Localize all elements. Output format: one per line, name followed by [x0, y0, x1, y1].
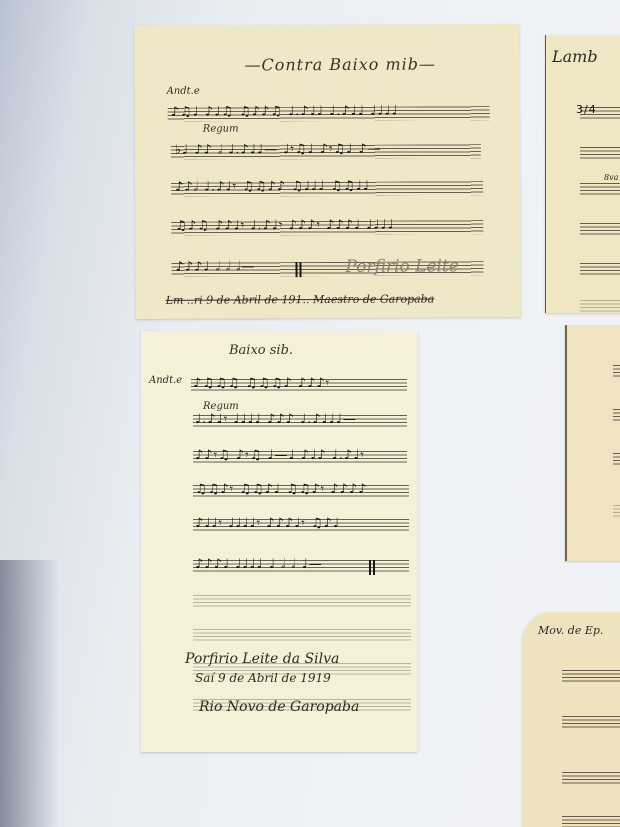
- notes-row: ♩.♪♩𝄾 ♩♩♩♩ ♪♪♪ ♩.♪♩♩♩—: [195, 413, 357, 427]
- music-staff: [613, 409, 620, 423]
- music-staff: [613, 365, 620, 379]
- music-staff: [562, 670, 620, 684]
- sheet-title: Baixo sib.: [229, 343, 293, 358]
- notes-row: ♪♪♪♩ ♩♩♩♩ ♩ 𝅗𝅥 𝅗𝅥 ♩—: [195, 558, 323, 572]
- sheet-title: —Contra Baixo mib—: [244, 54, 436, 74]
- final-barline: [295, 262, 297, 277]
- notes-row: ♪♫♫♫ ♫♫♫♪ ♪♪♪𝄾: [193, 377, 330, 391]
- notes-row: ♪♩♩𝄾 ♩♩♩♩𝄾 ♪♪♪♩𝄾 ♫♪♩: [195, 517, 340, 531]
- signature-name: Porfirio Leite: [345, 256, 458, 277]
- music-staff: [580, 147, 620, 161]
- notes-row: ♫♫♪𝄾 ♫♫♪♩ ♫♫♪𝄾 ♪♪♪♪: [195, 483, 367, 497]
- sheet-title-fragment: Lamb: [552, 47, 598, 66]
- notes-row: ♪♪𝄾♫ ♪𝄾♫ ♩—♩ ♪♩♪ ♩.♪♩𝄾: [195, 449, 365, 463]
- notes-row: ♪♫♩ ♪♩♫ ♫♪♪♫ ♩.♪♩♩ ♩.♪♩♩ ♩♩♩♩: [171, 105, 399, 120]
- empty-staff: [193, 629, 411, 643]
- music-staff: [562, 772, 620, 786]
- sheet-title-fragment: Mov. de Ep.: [538, 624, 603, 637]
- manuscript-sheet-contra-baixo: —Contra Baixo mib— Andt.e Regum ♪♫♩ ♪♩♫ …: [134, 24, 521, 319]
- music-staff: [580, 183, 620, 197]
- music-staff: [613, 453, 620, 467]
- section-marking: Regum: [203, 401, 239, 412]
- hand-shadow: [0, 560, 60, 827]
- signature-place-date: Lm ..ri 9 de Abril de 191.. Maestro de G…: [166, 292, 435, 306]
- final-barline: [299, 262, 301, 277]
- manuscript-sheet-partial-top-right: Lamb 3/4 8va: [545, 35, 620, 313]
- manuscript-sheet-partial-middle-right: [565, 325, 620, 561]
- notes-row: ♫♪♫ ♪♪♩𝄾 ♩.♪♩𝄾 ♪♪♪𝄾 ♪♪♪♩ ♩♩♩♩: [175, 219, 395, 234]
- manuscript-sheet-partial-bottom-right: Mov. de Ep.: [522, 612, 620, 827]
- final-barline: [369, 560, 371, 575]
- section-marking: Regum: [203, 123, 239, 134]
- music-staff: [562, 816, 620, 827]
- signature-date: Saí 9 de Abril de 1919: [195, 671, 331, 685]
- empty-staff: [193, 595, 411, 609]
- time-signature: 3/4: [576, 103, 597, 117]
- notes-row: ♪♪♪♩ 𝅗𝅥 𝅗𝅥 𝅗𝅥—: [175, 260, 255, 274]
- notes-row: ♭♩ ♪♪ 𝅗𝅥 ♩.♪♩♩— ♩𝄾♫♩ ♪𝄾♫♩ ♪—: [175, 143, 382, 158]
- final-barline: [373, 560, 375, 575]
- octave-annotation: 8va: [604, 173, 618, 182]
- signature-name: Porfirio Leite da Silva: [185, 651, 339, 667]
- manuscript-sheet-baixo-sib: Baixo sib. Andt.e Regum ♪♫♫♫ ♫♫♫♪ ♪♪♪𝄾 ♩…: [141, 331, 418, 752]
- music-staff: [580, 263, 620, 277]
- tempo-marking: Andt.e: [167, 86, 200, 97]
- music-staff: [562, 716, 620, 730]
- empty-staff: [580, 300, 620, 314]
- tempo-marking: Andt.e: [149, 375, 182, 386]
- music-staff: [580, 223, 620, 237]
- notes-row: ♪♪𝅗𝅥 ♩.♪♩𝄾 ♫♫♪♪ ♫♩♩♩ ♫♫♩♩: [175, 180, 370, 195]
- music-staff: [613, 505, 620, 519]
- signature-place: Rio Novo de Garopaba: [199, 699, 359, 715]
